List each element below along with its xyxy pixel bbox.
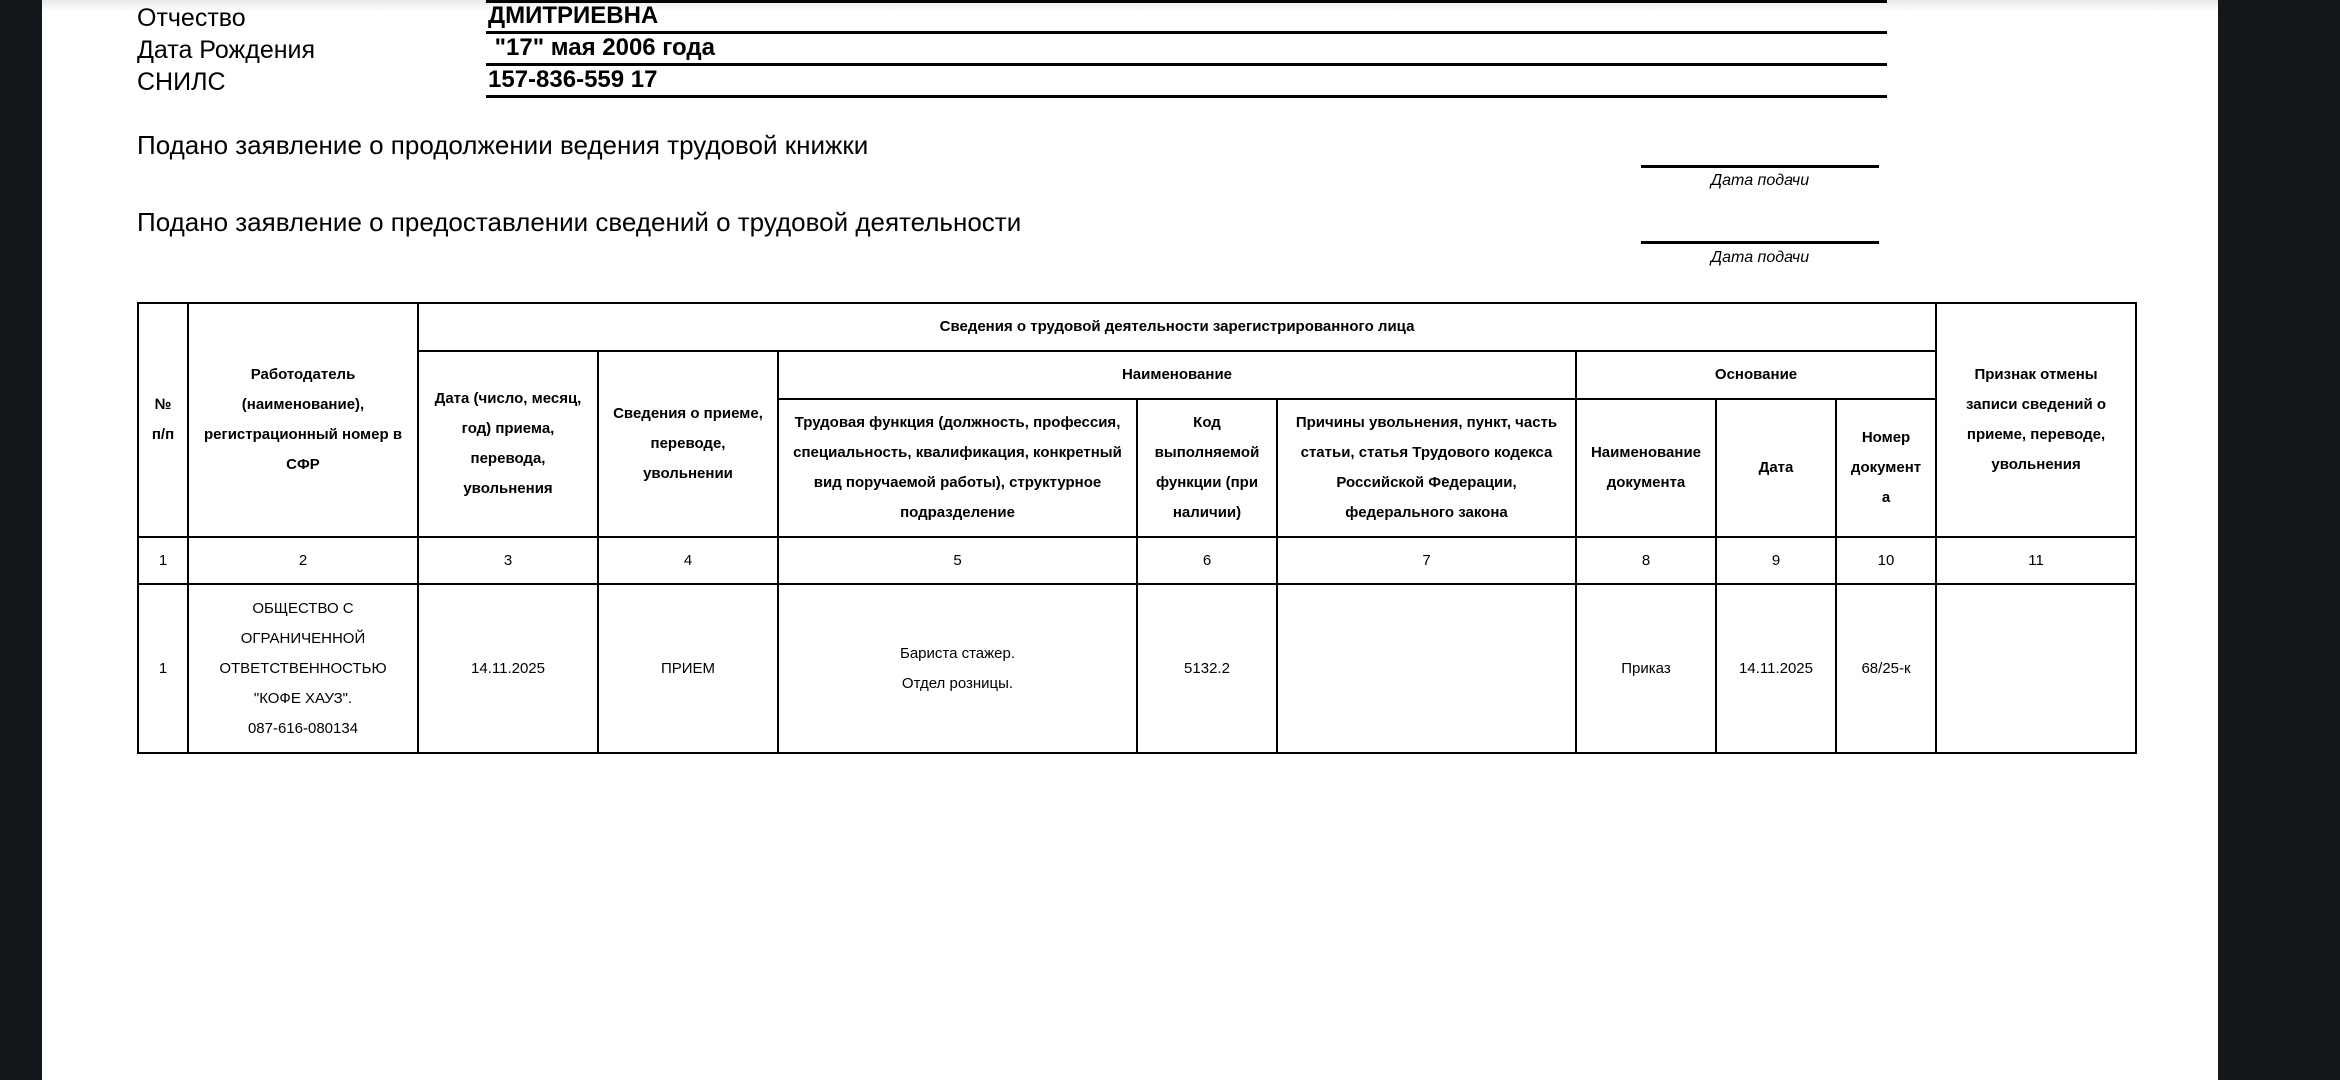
header-num-line: № bbox=[145, 390, 181, 420]
header-code-line: выполняемой bbox=[1144, 438, 1270, 468]
header-group-title: Сведения о трудовой деятельности зарегис… bbox=[418, 303, 1936, 351]
cell-doc-name: Приказ bbox=[1576, 584, 1716, 753]
column-number: 9 bbox=[1716, 537, 1836, 584]
column-number: 6 bbox=[1137, 537, 1277, 584]
column-number: 8 bbox=[1576, 537, 1716, 584]
header-cancel-line: Признак отмены bbox=[1943, 360, 2129, 390]
column-number: 7 bbox=[1277, 537, 1576, 584]
statement-workbook: Подано заявление о продолжении ведения т… bbox=[137, 129, 868, 161]
statement-info-date-line bbox=[1641, 241, 1879, 244]
header-event-line: переводе, bbox=[605, 429, 771, 459]
header-doc-date-line: Дата bbox=[1723, 453, 1829, 483]
statement-info: Подано заявление о предоставлении сведен… bbox=[137, 206, 1021, 238]
statement-info-date-caption: Дата подачи bbox=[1641, 248, 1879, 268]
header-job-line: специальность, квалификация, конкретный bbox=[785, 438, 1130, 468]
header-doc-number-line: документ bbox=[1843, 453, 1929, 483]
header-naming-group: Наименование bbox=[778, 351, 1576, 399]
header-code-line: функции (при bbox=[1144, 468, 1270, 498]
cell-employer-line: 087-616-080134 bbox=[195, 714, 411, 744]
header-cancel-mark: Признак отмены записи сведений о приеме,… bbox=[1936, 303, 2136, 537]
header-doc-name-line: Наименование bbox=[1583, 438, 1709, 468]
column-number: 2 bbox=[188, 537, 418, 584]
cell-date: 14.11.2025 bbox=[418, 584, 598, 753]
cell-employer-line: ОТВЕТСТВЕННОСТЬЮ bbox=[195, 654, 411, 684]
birth-date-value: "17" мая 2006 года bbox=[486, 33, 1887, 66]
header-cancel-line: приеме, переводе, bbox=[1943, 420, 2129, 450]
header-doc-name-line: документа bbox=[1583, 468, 1709, 498]
column-number-row: 1 2 3 4 5 6 7 8 9 10 11 bbox=[138, 537, 2136, 584]
header-employer: Работодатель (наименование), регистрацио… bbox=[188, 303, 418, 537]
header-reason-line: Причины увольнения, пункт, часть bbox=[1284, 408, 1569, 438]
birth-date-label: Дата Рождения bbox=[137, 34, 315, 66]
cell-job-line: Бариста стажер. bbox=[785, 639, 1130, 669]
header-employer-line: Работодатель bbox=[195, 360, 411, 390]
snils-label: СНИЛС bbox=[137, 66, 226, 98]
cell-employer-line: ОГРАНИЧЕННОЙ bbox=[195, 624, 411, 654]
header-cancel-line: увольнения bbox=[1943, 450, 2129, 480]
header-event-line: Сведения о приеме, bbox=[605, 399, 771, 429]
header-num-line: п/п bbox=[145, 420, 181, 450]
cell-cancel-mark bbox=[1936, 584, 2136, 753]
header-code-line: Код bbox=[1144, 408, 1270, 438]
header-doc-date: Дата bbox=[1716, 399, 1836, 537]
header-reason-line: федерального закона bbox=[1284, 498, 1569, 528]
statement-workbook-date-line bbox=[1641, 165, 1879, 168]
header-doc-number-line: а bbox=[1843, 483, 1929, 513]
table-row: 1 ОБЩЕСТВО С ОГРАНИЧЕННОЙ ОТВЕТСТВЕННОСТ… bbox=[138, 584, 2136, 753]
document-page: Отчество ДМИТРИЕВНА Дата Рождения "17" м… bbox=[42, 0, 2218, 1080]
header-event: Сведения о приеме, переводе, увольнении bbox=[598, 351, 778, 537]
header-event-line: увольнении bbox=[605, 459, 771, 489]
header-doc-number: Номер документ а bbox=[1836, 399, 1936, 537]
patronymic-value: ДМИТРИЕВНА bbox=[486, 1, 1887, 34]
cell-doc-date: 14.11.2025 bbox=[1716, 584, 1836, 753]
header-employer-line: (наименование), bbox=[195, 390, 411, 420]
cell-function-code: 5132.2 bbox=[1137, 584, 1277, 753]
header-date: Дата (число, месяц, год) приема, перевод… bbox=[418, 351, 598, 537]
header-dismissal-reason: Причины увольнения, пункт, часть статьи,… bbox=[1277, 399, 1576, 537]
column-number: 5 bbox=[778, 537, 1137, 584]
header-job-line: подразделение bbox=[785, 498, 1130, 528]
snils-value: 157-836-559 17 bbox=[486, 65, 1887, 98]
cell-employer: ОБЩЕСТВО С ОГРАНИЧЕННОЙ ОТВЕТСТВЕННОСТЬЮ… bbox=[188, 584, 418, 753]
cell-event: ПРИЕМ bbox=[598, 584, 778, 753]
cell-job-line: Отдел розницы. bbox=[785, 669, 1130, 699]
cell-num: 1 bbox=[138, 584, 188, 753]
column-number: 11 bbox=[1936, 537, 2136, 584]
header-function-code: Код выполняемой функции (при наличии) bbox=[1137, 399, 1277, 537]
header-employer-line: СФР bbox=[195, 450, 411, 480]
header-job-line: вид поручаемой работы), структурное bbox=[785, 468, 1130, 498]
header-employer-line: регистрационный номер в bbox=[195, 420, 411, 450]
cell-doc-number: 68/25-к bbox=[1836, 584, 1936, 753]
header-date-line: увольнения bbox=[425, 474, 591, 504]
header-basis-group: Основание bbox=[1576, 351, 1936, 399]
header-doc-name: Наименование документа bbox=[1576, 399, 1716, 537]
header-date-line: год) приема, bbox=[425, 414, 591, 444]
header-reason-line: Российской Федерации, bbox=[1284, 468, 1569, 498]
column-number: 4 bbox=[598, 537, 778, 584]
cell-dismissal-reason bbox=[1277, 584, 1576, 753]
cell-job-function: Бариста стажер. Отдел розницы. bbox=[778, 584, 1137, 753]
labor-activity-table: № п/п Работодатель (наименование), регис… bbox=[137, 302, 2137, 754]
header-code-line: наличии) bbox=[1144, 498, 1270, 528]
header-reason-line: статьи, статья Трудового кодекса bbox=[1284, 438, 1569, 468]
header-doc-number-line: Номер bbox=[1843, 423, 1929, 453]
cell-employer-line: ОБЩЕСТВО С bbox=[195, 594, 411, 624]
patronymic-label: Отчество bbox=[137, 2, 246, 34]
header-date-line: Дата (число, месяц, bbox=[425, 384, 591, 414]
column-number: 1 bbox=[138, 537, 188, 584]
header-date-line: перевода, bbox=[425, 444, 591, 474]
column-number: 10 bbox=[1836, 537, 1936, 584]
header-job-line: Трудовая функция (должность, профессия, bbox=[785, 408, 1130, 438]
header-job-function: Трудовая функция (должность, профессия, … bbox=[778, 399, 1137, 537]
header-cancel-line: записи сведений о bbox=[1943, 390, 2129, 420]
column-number: 3 bbox=[418, 537, 598, 584]
cell-employer-line: "КОФЕ ХАУЗ". bbox=[195, 684, 411, 714]
header-num: № п/п bbox=[138, 303, 188, 537]
statement-workbook-date-caption: Дата подачи bbox=[1641, 171, 1879, 191]
